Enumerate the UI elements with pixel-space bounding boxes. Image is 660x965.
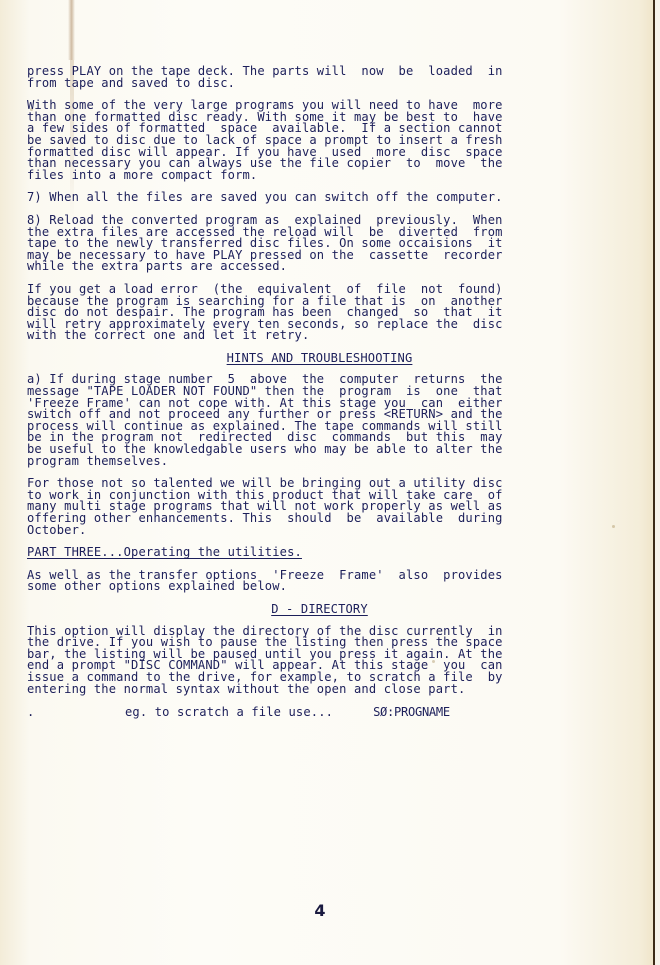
section-transfer-steps: press PLAY on the tape deck. The parts w… [27, 66, 612, 342]
example-label: eg. to scratch a file use... [125, 705, 333, 719]
paragraph-utility-disc: For those not so talented we will be bri… [27, 478, 612, 536]
section-hints: a) If during stage number 5 above the co… [27, 374, 612, 536]
text-line: offering other enhancements. This should… [27, 513, 612, 525]
paragraph-directory-desc: This option will display the directory o… [27, 626, 612, 696]
text-line: from tape and saved to disc. [27, 78, 612, 90]
section-directory: This option will display the directory o… [27, 626, 612, 696]
paragraph-other-options: As well as the transfer options 'Freeze … [27, 570, 612, 593]
paper-crease [68, 0, 75, 60]
paragraph-hint-a: a) If during stage number 5 above the co… [27, 374, 612, 467]
text-line: with the correct one and let it retry. [27, 330, 612, 342]
paper-speck [612, 525, 615, 528]
scanned-page: press PLAY on the tape deck. The parts w… [0, 0, 655, 965]
text-line: program themselves. [27, 456, 612, 468]
directory-heading: D - DIRECTORY [27, 604, 612, 616]
example-line: .eg. to scratch a file use...SØ:PROGNAME [27, 707, 612, 719]
text-line: while the extra parts are accessed. [27, 261, 612, 273]
paragraph-intro-continued: press PLAY on the tape deck. The parts w… [27, 66, 612, 89]
hints-heading: HINTS AND TROUBLESHOOTING [27, 353, 612, 365]
paragraph-step-8: 8) Reload the converted program as expla… [27, 215, 612, 273]
text-line: entering the normal syntax without the o… [27, 684, 612, 696]
document-body: press PLAY on the tape deck. The parts w… [27, 66, 612, 719]
part-three-heading: PART THREE...Operating the utilities. [27, 547, 612, 559]
background-margin [655, 0, 660, 965]
text-line: files into a more compact form. [27, 170, 612, 182]
paragraph-step-7: 7) When all the files are saved you can … [27, 192, 612, 204]
section-part-three: As well as the transfer options 'Freeze … [27, 570, 612, 593]
text-line: some other options explained below. [27, 581, 612, 593]
page-number: 4 [0, 901, 640, 920]
text-line: October. [27, 525, 612, 537]
text-line: 7) When all the files are saved you can … [27, 192, 612, 204]
paragraph-load-error: If you get a load error (the equivalent … [27, 284, 612, 342]
example-command: SØ:PROGNAME [373, 705, 450, 719]
paragraph-large-programs: With some of the very large programs you… [27, 100, 612, 181]
